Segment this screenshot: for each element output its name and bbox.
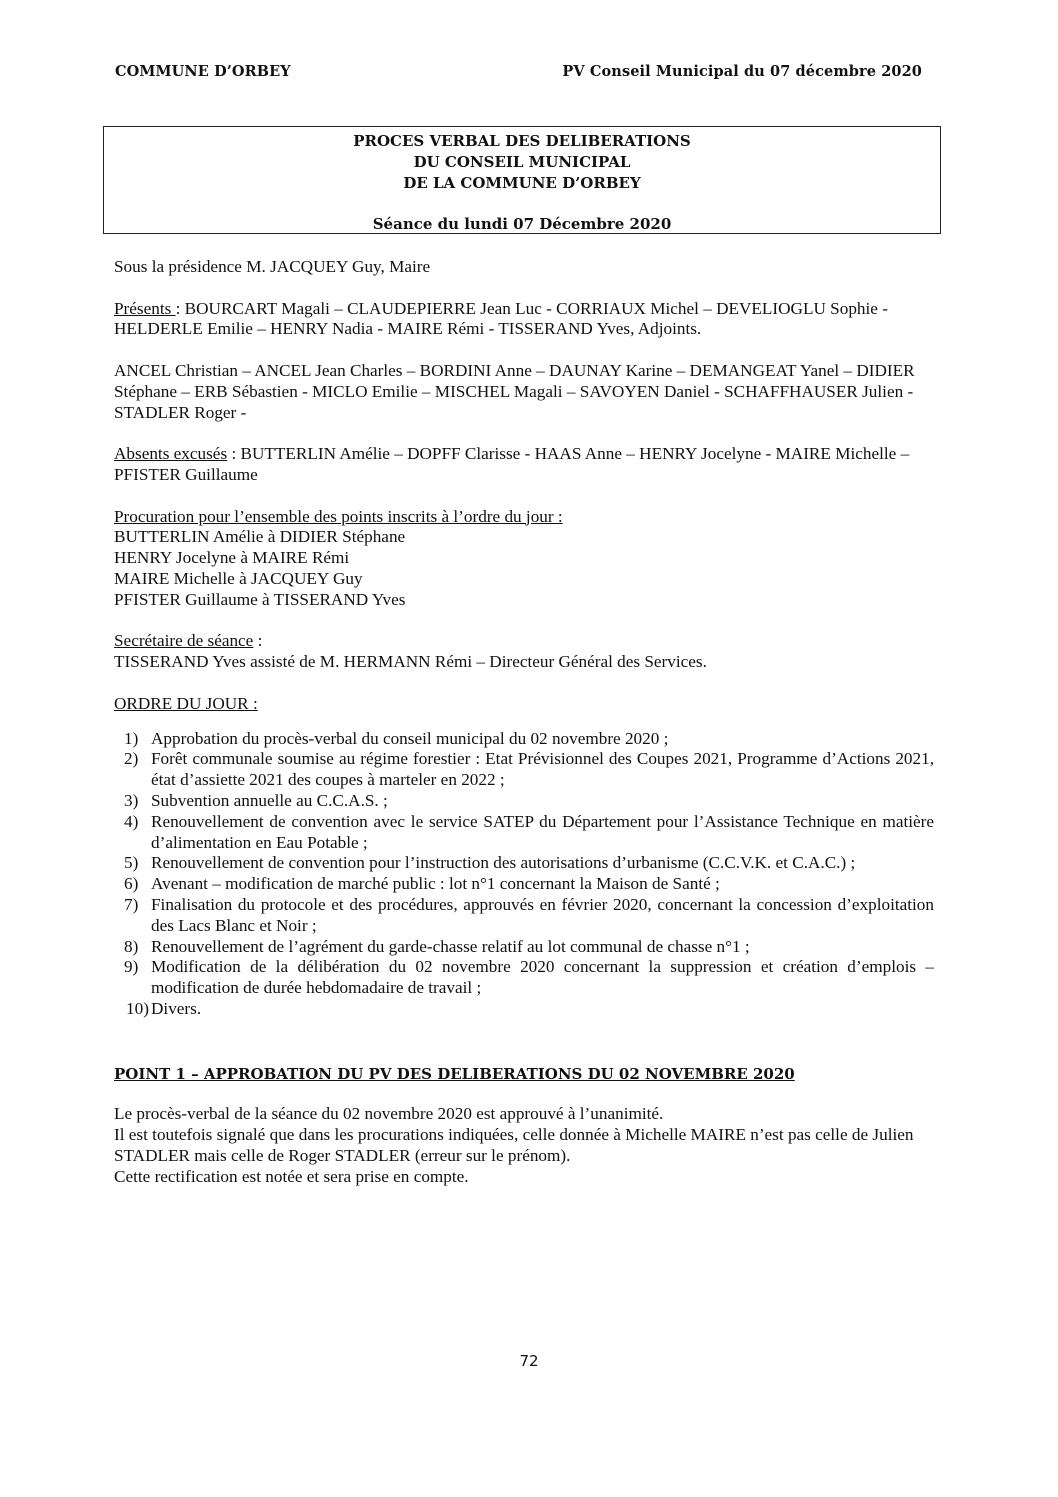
agenda-item: 10)Divers. bbox=[114, 999, 934, 1020]
agenda-item: 9)Modification de la délibération du 02 … bbox=[114, 957, 934, 999]
agenda-title: ORDRE DU JOUR : bbox=[114, 694, 934, 715]
point-1-line: Cette rectification est notée et sera pr… bbox=[114, 1167, 934, 1188]
procuration-line: MAIRE Michelle à JACQUEY Guy bbox=[114, 569, 934, 590]
secretary-text: TISSERAND Yves assisté de M. HERMANN Rém… bbox=[114, 652, 934, 673]
agenda-item: 5)Renouvellement de convention pour l’in… bbox=[114, 853, 934, 874]
title-line-3: DE LA COMMUNE D’ORBEY bbox=[104, 173, 940, 194]
agenda-item: 7)Finalisation du protocole et des procé… bbox=[114, 895, 934, 937]
agenda-item: 8) Renouvellement de l’agrément du garde… bbox=[114, 937, 934, 958]
page-number: 72 bbox=[0, 1352, 1058, 1370]
point-1-title: POINT 1 – APPROBATION DU PV DES DELIBERA… bbox=[114, 1064, 934, 1085]
point-1-line: Le procès-verbal de la séance du 02 nove… bbox=[114, 1104, 934, 1125]
procuration-label: Procuration pour l’ensemble des points i… bbox=[114, 507, 934, 528]
session-date: Séance du lundi 07 Décembre 2020 bbox=[104, 214, 940, 235]
title-line-2: DU CONSEIL MUNICIPAL bbox=[104, 152, 940, 173]
presents-label: Présents bbox=[114, 299, 176, 318]
header-document-title: PV Conseil Municipal du 07 décembre 2020 bbox=[562, 63, 922, 80]
presidency: Sous la présidence M. JACQUEY Guy, Maire bbox=[114, 257, 934, 278]
presents-text: : BOURCART Magali – CLAUDEPIERRE Jean Lu… bbox=[114, 299, 888, 339]
procuration-section: Procuration pour l’ensemble des points i… bbox=[114, 507, 934, 611]
councillors-paragraph: ANCEL Christian – ANCEL Jean Charles – B… bbox=[114, 361, 934, 423]
title-box: PROCES VERBAL DES DELIBERATIONS DU CONSE… bbox=[103, 126, 941, 234]
point-1-body: Le procès-verbal de la séance du 02 nove… bbox=[114, 1104, 934, 1187]
procuration-line: HENRY Jocelyne à MAIRE Rémi bbox=[114, 548, 934, 569]
point-1-line: Il est toutefois signalé que dans les pr… bbox=[114, 1125, 934, 1167]
procuration-line: PFISTER Guillaume à TISSERAND Yves bbox=[114, 590, 934, 611]
presents-paragraph: Présents : BOURCART Magali – CLAUDEPIERR… bbox=[114, 299, 934, 341]
procuration-line: BUTTERLIN Amélie à DIDIER Stéphane bbox=[114, 527, 934, 548]
header-commune: COMMUNE D’ORBEY bbox=[115, 63, 291, 80]
title-line-1: PROCES VERBAL DES DELIBERATIONS bbox=[104, 131, 940, 152]
secretary-suffix: : bbox=[253, 631, 262, 650]
agenda-item: 6) Avenant – modification de marché publ… bbox=[114, 874, 934, 895]
document-body: Sous la présidence M. JACQUEY Guy, Maire… bbox=[114, 257, 934, 1188]
absents-paragraph: Absents excusés : BUTTERLIN Amélie – DOP… bbox=[114, 444, 934, 486]
secretary-label: Secrétaire de séance bbox=[114, 631, 253, 650]
absents-label: Absents excusés bbox=[114, 444, 227, 463]
agenda-list: 1) Approbation du procès-verbal du conse… bbox=[114, 729, 934, 1020]
agenda-item: 2)Forêt communale soumise au régime fore… bbox=[114, 749, 934, 791]
agenda-item: 1) Approbation du procès-verbal du conse… bbox=[114, 729, 934, 750]
agenda-item: 3) Subvention annuelle au C.C.A.S. ; bbox=[114, 791, 934, 812]
absents-text: : BUTTERLIN Amélie – DOPFF Clarisse - HA… bbox=[114, 444, 909, 484]
secretary-section: Secrétaire de séance : TISSERAND Yves as… bbox=[114, 631, 934, 673]
agenda-item: 4)Renouvellement de convention avec le s… bbox=[114, 812, 934, 854]
